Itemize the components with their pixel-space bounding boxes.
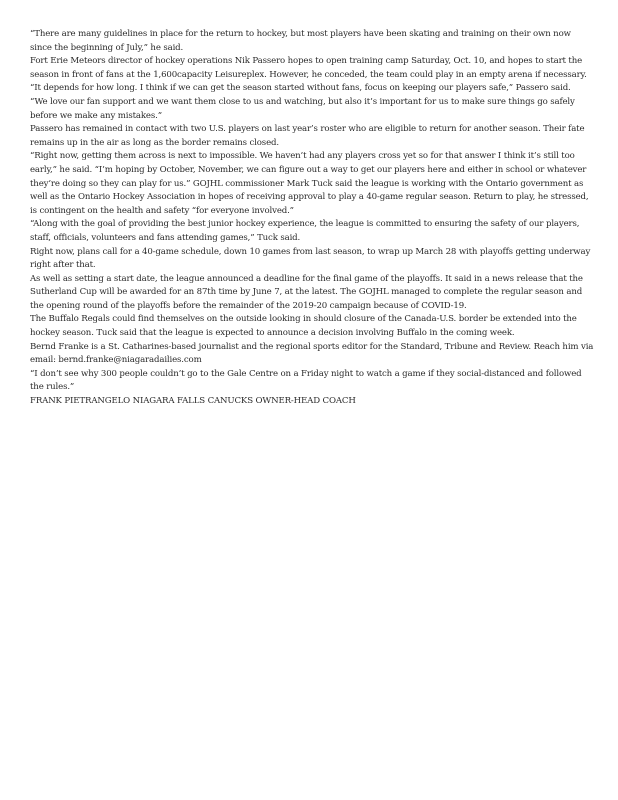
paragraph-quote-right-now: “Right now, getting them across is next … [30, 150, 595, 218]
paragraph-schedule: Right now, plans call for a 40-game sche… [30, 246, 595, 273]
paragraph-sutherland-cup: As well as setting a start date, the lea… [30, 273, 595, 314]
paragraph-quote-tuck-safety: “Along with the goal of providing the be… [30, 218, 595, 245]
article-body: “There are many guidelines in place for … [30, 28, 595, 409]
paragraph-quote-guidelines: “There are many guidelines in place for … [30, 28, 595, 55]
paragraph-quote-depends: “It depends for how long. I think if we … [30, 82, 595, 96]
paragraph-quote-fan-support: “We love our fan support and we want the… [30, 96, 595, 123]
paragraph-us-players: Passero has remained in contact with two… [30, 123, 595, 150]
paragraph-buffalo-regals: The Buffalo Regals could find themselves… [30, 313, 595, 340]
paragraph-passero-training-camp: Fort Erie Meteors director of hockey ope… [30, 55, 595, 82]
pull-quote-attribution: FRANK PIETRANGELO NIAGARA FALLS CANUCKS … [30, 395, 595, 409]
paragraph-author-bio: Bernd Franke is a St. Catharines-based j… [30, 341, 595, 368]
pull-quote: “I don’t see why 300 people couldn’t go … [30, 368, 595, 395]
